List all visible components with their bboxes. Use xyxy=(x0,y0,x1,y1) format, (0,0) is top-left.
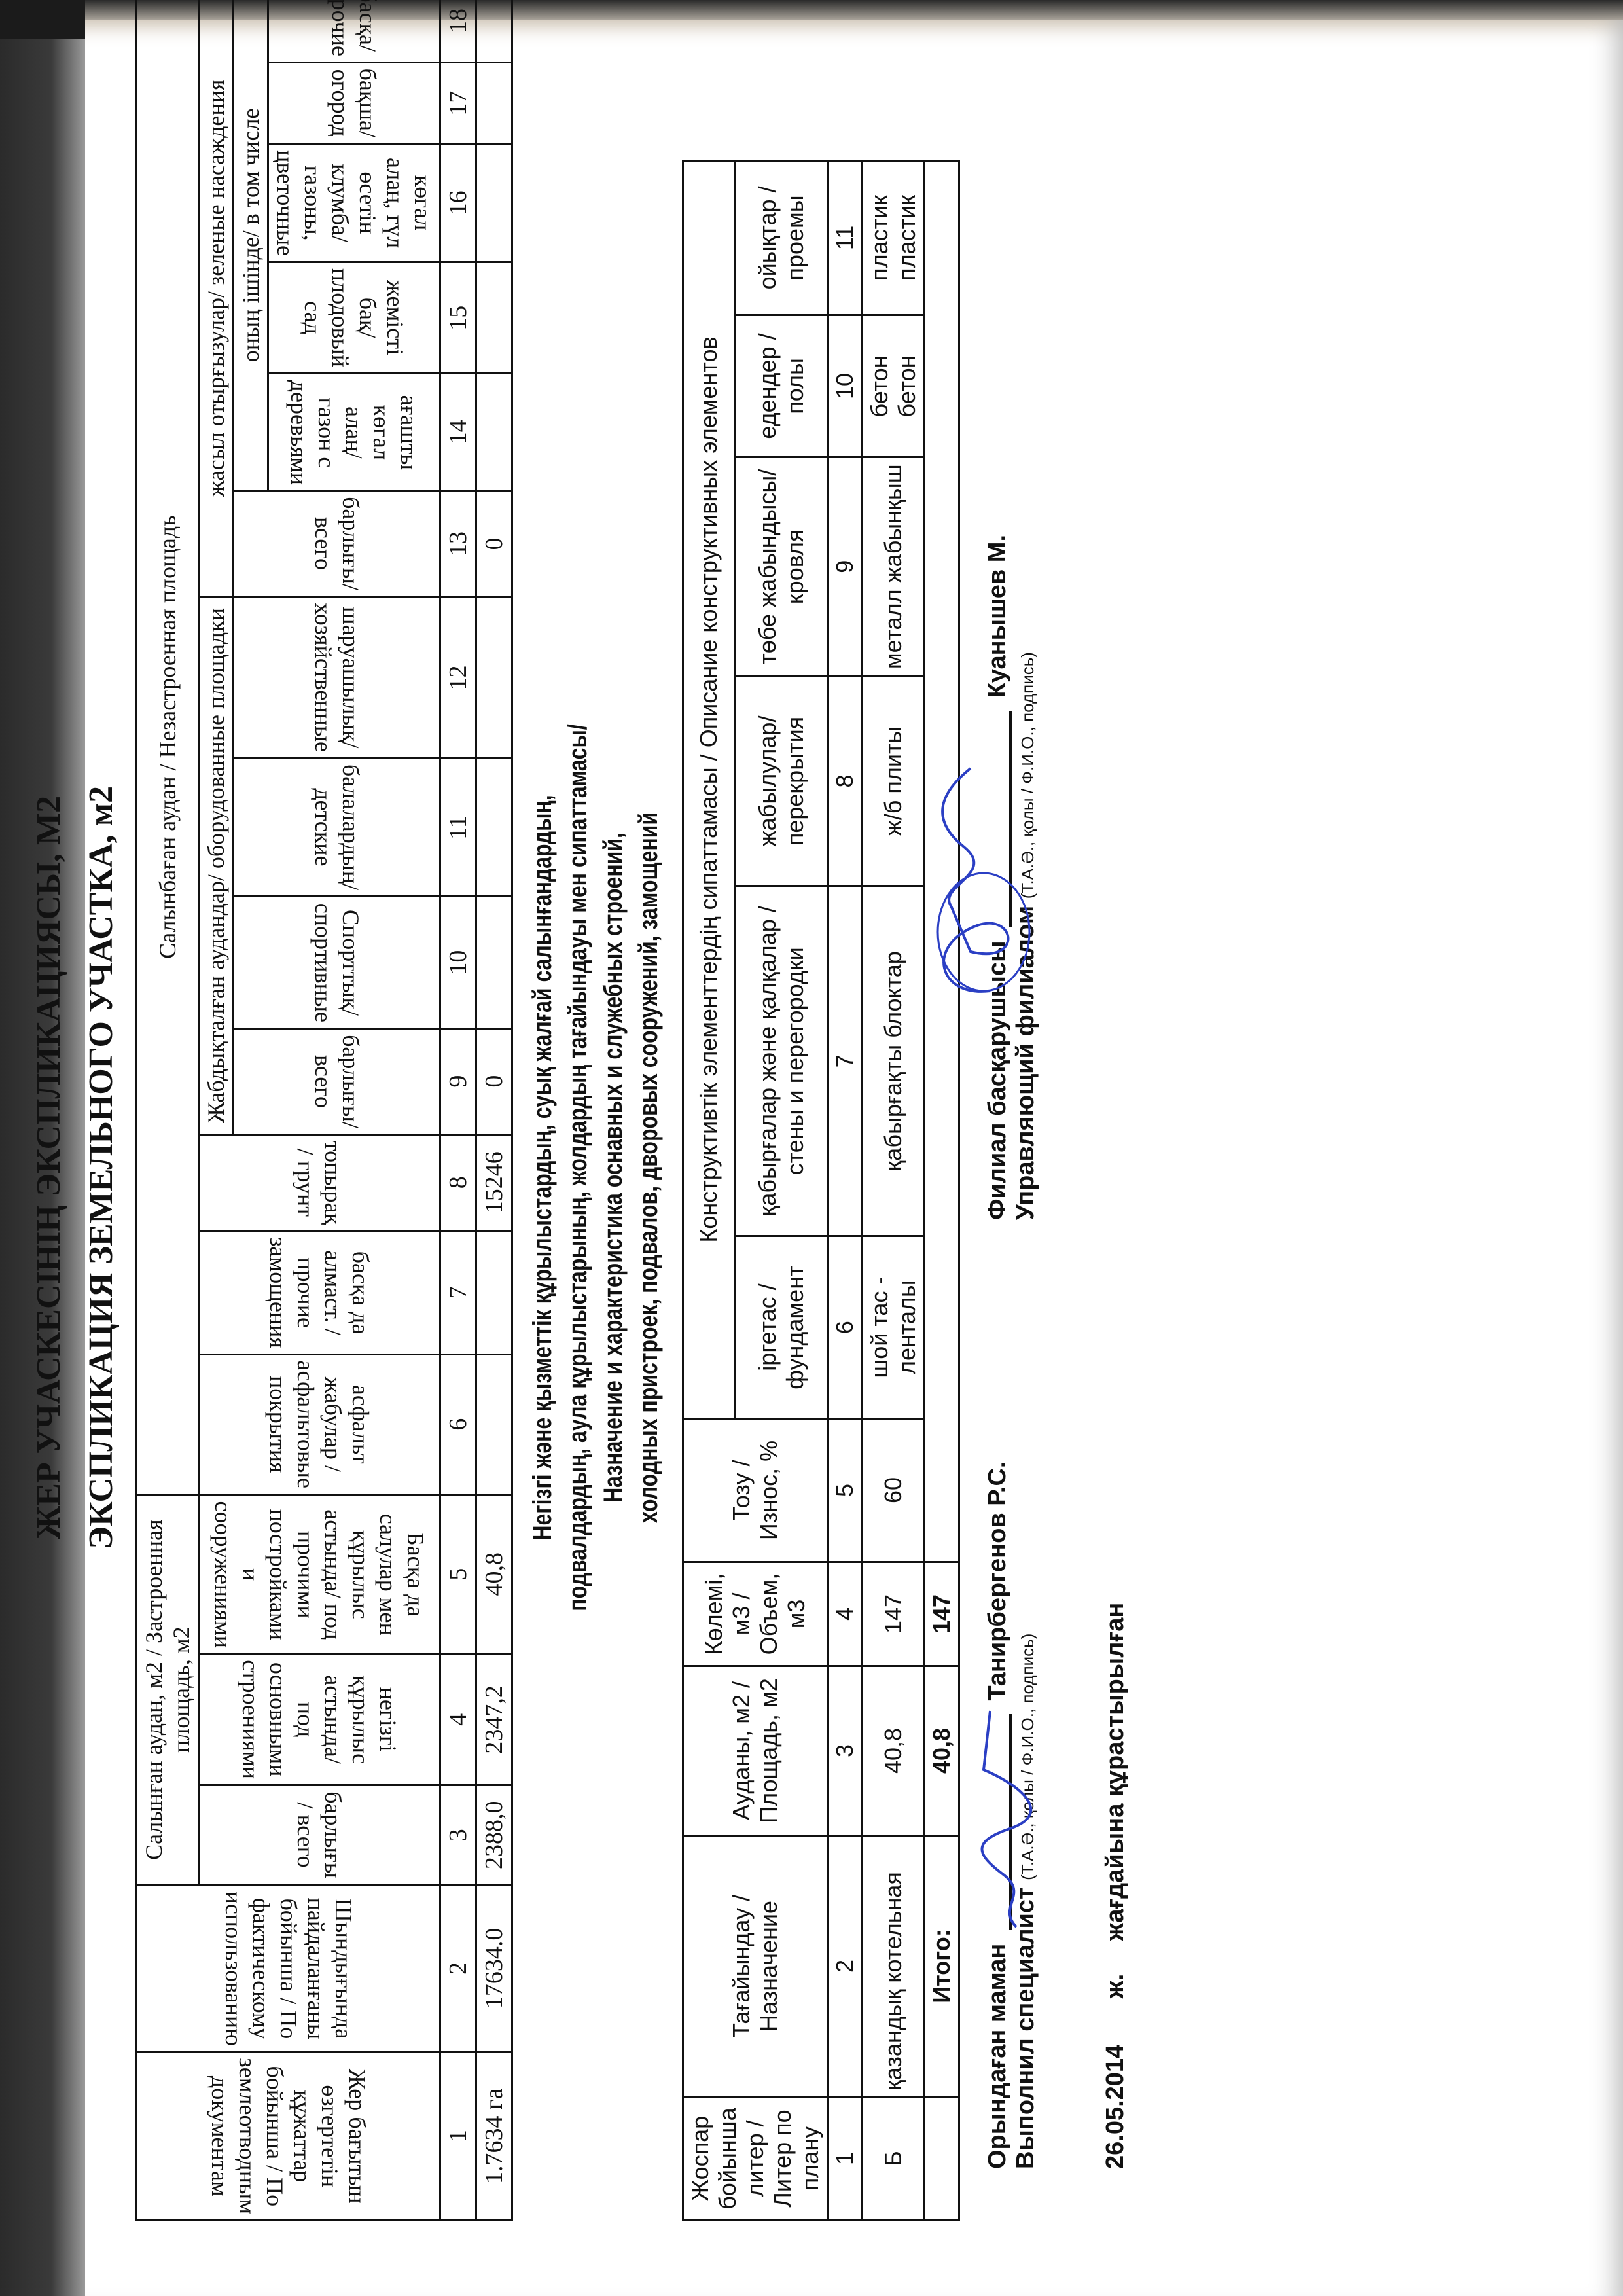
col-header-14: ағашты көгал алаң/ газон с деревьями xyxy=(268,374,440,491)
group-header-including: оның ішінде/ в том числе xyxy=(234,0,268,491)
column-number: 14 xyxy=(440,374,476,491)
column-number: 17 xyxy=(440,62,476,144)
column-number: 5 xyxy=(440,1495,476,1655)
col-header-10: Спорттық/ спортивные xyxy=(234,897,440,1028)
col-header-3: барлығы / всего xyxy=(199,1785,440,1885)
col-header-5: Басқа да салулар мен құрылыс астында/ по… xyxy=(199,1495,440,1655)
table-cell: қазандық котельная xyxy=(863,1836,925,2097)
col-header-16: көгал алаң, гүл өсетін клумба/ газоны, ц… xyxy=(268,144,440,262)
date-value: 26.05.2014 xyxy=(1101,2045,1129,2169)
table-cell: 40,8 xyxy=(863,1666,925,1836)
col-header-8: топырақ / грунт xyxy=(199,1134,440,1230)
column-number: 7 xyxy=(828,886,863,1236)
column-number: 16 xyxy=(440,144,476,262)
document-page: ЖЕР УЧАСКЕСІНІҢ ЭКСПЛИКАЦИЯСЫ, М2 ЭКСПЛИ… xyxy=(16,88,1358,2248)
b-col-header-1: Жоспар бойынша литер / Литер по плану xyxy=(683,2097,828,2221)
b-col-header-6: іргетас / фундамент xyxy=(735,1236,828,1419)
date-line: 26.05.2014 ж. жағдайына құрастырылған xyxy=(1101,1603,1130,2169)
table-row: Бқазандық котельная40,814760шой тас - ле… xyxy=(863,161,925,2221)
total-row: Итого: 40,8 147 xyxy=(925,161,959,2221)
manager-signature: Филиал басқарушысы Куанышев М. Управляющ… xyxy=(984,535,1040,1220)
caption-line: холодных пристроек, подвалов, дворовых с… xyxy=(631,304,666,2032)
b-col-header-7: қабырғалар және қалқалар / стены и перег… xyxy=(735,886,828,1236)
column-number: 9 xyxy=(828,457,863,676)
col-header-9: барлығы/ всего xyxy=(234,1028,440,1134)
column-number: 6 xyxy=(828,1236,863,1419)
column-number: 11 xyxy=(440,759,476,897)
group-header-built: Салынған аудан, м2 / Застроенная площадь… xyxy=(137,1495,199,1885)
table-cell xyxy=(476,262,512,374)
col-header-15: жемісті бақ/ плодовый сад xyxy=(268,262,440,374)
manager-name: Куанышев М. xyxy=(984,535,1011,698)
column-number: 8 xyxy=(440,1134,476,1230)
column-number: 6 xyxy=(440,1354,476,1494)
table-cell: бетон бетон xyxy=(863,315,925,457)
column-number: 11 xyxy=(828,161,863,315)
table-cell: 2347,2 xyxy=(476,1654,512,1785)
performer-name: Танирбергенов Р.С. xyxy=(984,1462,1011,1701)
b-col-header-4: Көлемі, м3 / Объем, м3 xyxy=(683,1562,828,1666)
table-cell xyxy=(476,1354,512,1494)
table-cell: шой тас - ленталы xyxy=(863,1236,925,1419)
table-cell: 0 xyxy=(476,491,512,597)
column-number: 7 xyxy=(440,1230,476,1354)
col-header-4: негізгі құрылыс астында/ под основными с… xyxy=(199,1654,440,1785)
table-cell: пластик пластик xyxy=(863,161,925,315)
signature-block: Орындаған маман Танирбергенов Р.С. Выпол… xyxy=(984,88,1141,2169)
title-ru: ЭКСПЛИКАЦИЯ ЗЕМЕЛЬНОГО УЧАСТКА, м2 xyxy=(82,88,121,2248)
table-cell xyxy=(476,374,512,491)
b-col-header-10: едендер / полы xyxy=(735,315,828,457)
table-cell: 15246 xyxy=(476,1134,512,1230)
table-cell xyxy=(476,597,512,759)
table-cell xyxy=(476,62,512,144)
land-explication-table: Жер бағытын өзгертетін құжаттар бойынша … xyxy=(135,0,513,2221)
table-cell: 0 xyxy=(476,1028,512,1134)
column-number: 1 xyxy=(828,2097,863,2221)
table-cell: 60 xyxy=(863,1419,925,1562)
year-suffix: ж. xyxy=(1101,1974,1129,1999)
column-number: 8 xyxy=(828,676,863,886)
b-col-header-8: жабылулар/ перекрытия xyxy=(735,676,828,886)
column-number: 10 xyxy=(828,315,863,457)
column-number-row: 1234567891011 xyxy=(828,161,863,2221)
performer-signature: Орындаған маман Танирбергенов Р.С. Выпол… xyxy=(984,1462,1040,2169)
group-header-equipped: Жабдықталған аудандар/ оборудованные пло… xyxy=(199,597,234,1134)
b-group-header: Конструктивтік элементтердің сипаттамасы… xyxy=(683,161,735,1419)
column-number: 5 xyxy=(828,1419,863,1562)
column-number: 3 xyxy=(828,1666,863,1836)
column-number: 9 xyxy=(440,1028,476,1134)
table-cell: 147 xyxy=(863,1562,925,1666)
total-label: Итого: xyxy=(925,1836,959,2097)
section-caption: Негізгі және қызметтік құрылыстардың, су… xyxy=(525,304,666,2032)
buildings-table: Жоспар бойынша литер / Литер по плану Та… xyxy=(682,160,960,2221)
column-number: 18 xyxy=(440,0,476,62)
b-col-header-2: Тағайындау / Назначение xyxy=(683,1836,828,2097)
col-header-7: басқа да алмаст. / прочие замощения xyxy=(199,1230,440,1354)
col-header-1: Жер бағытын өзгертетін құжаттар бойынша … xyxy=(137,2052,440,2220)
table-row: 1.7634 га17634.02388,02347,240,81524600 xyxy=(476,0,512,2221)
column-number-row: 123456789101112131415161718 xyxy=(440,0,476,2221)
column-number: 2 xyxy=(828,1836,863,2097)
group-header-green: жасыл отырғызулар/ зеленые насаждения xyxy=(199,0,234,597)
column-number: 3 xyxy=(440,1785,476,1885)
table-cell xyxy=(476,897,512,1028)
b-col-header-5: Тозу / Износ, % xyxy=(683,1419,828,1562)
total-volume: 147 xyxy=(925,1562,959,1666)
table-cell: Б xyxy=(863,2097,925,2221)
table-cell: 1.7634 га xyxy=(476,2052,512,2220)
caption-line: Назначение и характеристика оснавных и с… xyxy=(596,304,631,2032)
col-header-18: басқа/ прочие xyxy=(268,0,440,62)
col-header-2: Шындығында пайдаланғаны бойынша / По фак… xyxy=(137,1885,440,2052)
table-cell: металл жабынқыш xyxy=(863,457,925,676)
group-header-unbuilt: Салынбаған аудан / Незастроенная площадь xyxy=(137,0,199,1495)
title-kz: ЖЕР УЧАСКЕСІНІҢ ЭКСПЛИКАЦИЯСЫ, М2 xyxy=(29,88,69,2248)
column-number: 4 xyxy=(828,1562,863,1666)
table-cell: 40,8 xyxy=(476,1495,512,1655)
column-number: 12 xyxy=(440,597,476,759)
table-cell: 2388,0 xyxy=(476,1785,512,1885)
table-cell xyxy=(476,1230,512,1354)
handwritten-signature-icon xyxy=(957,1698,1043,1933)
col-header-11: балалардың/ детские xyxy=(234,759,440,897)
handwritten-signature-icon xyxy=(912,729,1043,1004)
total-area: 40,8 xyxy=(925,1666,959,1836)
col-header-12: шаруашылық/ хозяйственные xyxy=(234,597,440,759)
col-header-6: асфальт жабулар / асфальтовые покрытия xyxy=(199,1354,440,1494)
column-number: 10 xyxy=(440,897,476,1028)
table-cell: 17634.0 xyxy=(476,1885,512,2052)
state-text: жағдайына құрастырылған xyxy=(1101,1603,1129,1941)
column-number: 2 xyxy=(440,1885,476,2052)
col-header-13: барлығы/ всего xyxy=(234,491,440,597)
table-cell xyxy=(476,759,512,897)
performer-label-kz: Орындаған маман xyxy=(984,1944,1011,2169)
column-number: 1 xyxy=(440,2052,476,2220)
column-number: 13 xyxy=(440,491,476,597)
column-number: 15 xyxy=(440,262,476,374)
caption-line: Негізгі және қызметтік құрылыстардың, су… xyxy=(525,304,560,2032)
b-col-header-3: Ауданы, м2 / Площадь, м2 xyxy=(683,1666,828,1836)
col-header-17: бақша/ огород xyxy=(268,62,440,144)
caption-line: подвалдардың, аула құрылыстарының, жолда… xyxy=(560,304,596,2032)
table-cell xyxy=(476,144,512,262)
column-number: 4 xyxy=(440,1654,476,1785)
b-col-header-9: төбе жабындысы/ кровля xyxy=(735,457,828,676)
table-cell xyxy=(476,0,512,62)
b-col-header-11: ойықтар / проемы xyxy=(735,161,828,315)
